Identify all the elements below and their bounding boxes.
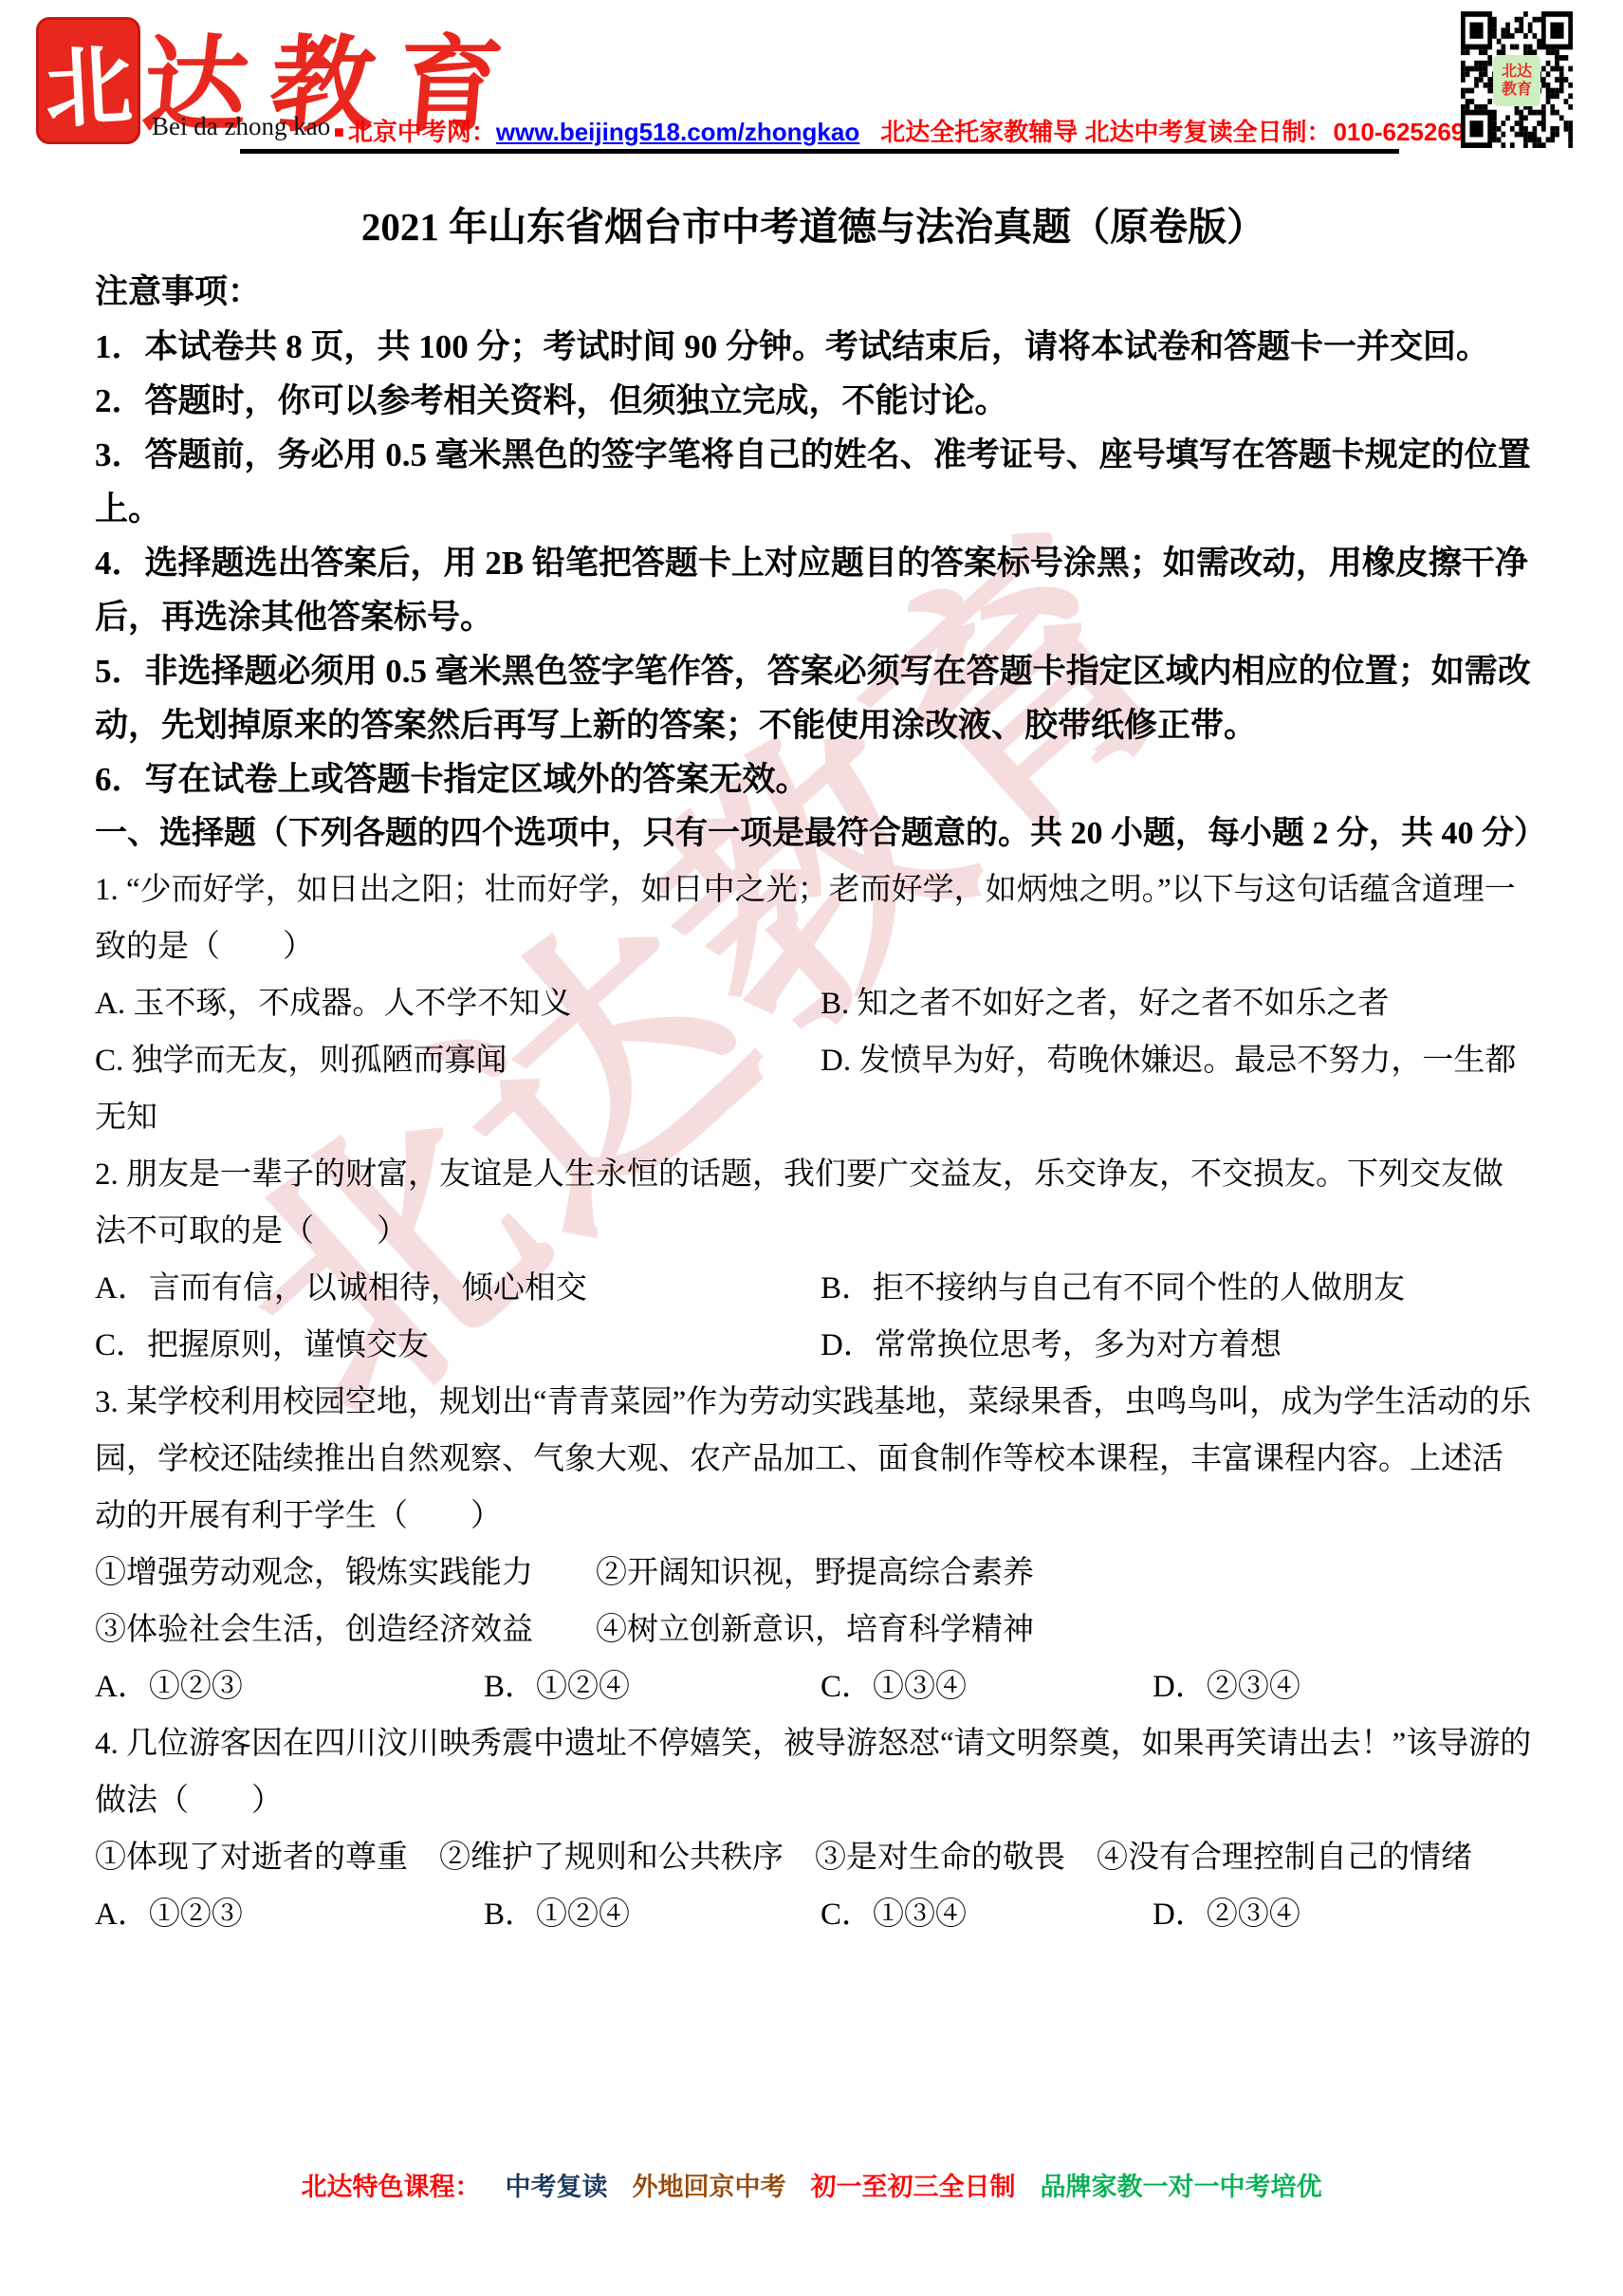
option-line: A．①②③B．①②④C．①③④D．②③④ bbox=[95, 1658, 1532, 1715]
footer-segment-2: 中考复读 bbox=[506, 2173, 608, 2201]
footer-segment-4: 初一至初三全日制 bbox=[811, 2173, 1016, 2201]
option-C: C．①③④ bbox=[821, 1658, 967, 1715]
site-label: 北京中考网： bbox=[348, 118, 496, 146]
option-line: ③体验社会生活，创造经济效益 ④树立创新意识，培育科学精神 bbox=[95, 1602, 1532, 1658]
option-C: C．把握原则，谨慎交友 bbox=[95, 1317, 429, 1374]
section-heading: 一、选择题（下列各题的四个选项中，只有一项是最符合题意的。共 20 小题，每小题… bbox=[95, 806, 1532, 861]
option-line: C．把握原则，谨慎交友D．常常换位思考，多为对方着想 bbox=[95, 1317, 1532, 1374]
option-line: 无知 bbox=[95, 1089, 1532, 1146]
option-line-text: 无知 bbox=[95, 1089, 157, 1146]
questions: 1. “少而好学，如日出之阳；壮而好学，如日中之光；老而好学，如炳烛之明。”以下… bbox=[95, 861, 1532, 1943]
footer-course-list: 北达特色课程：中考复读外地回京中考初一至初三全日制品牌家教一对一中考培优 bbox=[289, 2173, 1335, 2201]
option-A: A．①②③ bbox=[95, 1886, 243, 1943]
option-B: B．①②④ bbox=[484, 1886, 630, 1943]
option-line: A．言而有信，以诚相待，倾心相交B．拒不接纳与自己有不同个性的人做朋友 bbox=[95, 1260, 1532, 1317]
notice-item-5: 5．非选择题必须用 0.5 毫米黑色签字笔作答，答案必须写在答题卡指定区域内相应… bbox=[95, 644, 1532, 752]
option-line: A．①②③B．①②④C．①③④D．②③④ bbox=[95, 1886, 1532, 1943]
option-D: D．②③④ bbox=[1153, 1658, 1300, 1715]
qr-center-line2: 教育 bbox=[1502, 81, 1532, 99]
beida-logo-subtext: Bei da zhong kao bbox=[152, 112, 330, 141]
option-B: B. 知之者不如好之者，好之者不如乐之者 bbox=[821, 975, 1390, 1032]
site-url-link[interactable]: www.beijing518.com/zhongkao bbox=[496, 118, 859, 146]
notice-list: 1．本试卷共 8 页，共 100 分；考试时间 90 分钟。考试结束后，请将本试… bbox=[95, 320, 1532, 806]
option-line: C. 独学而无友，则孤陋而寡闻D. 发愤早为好，苟晚休嫌迟。最忌不努力，一生都 bbox=[95, 1032, 1532, 1089]
option-D: D．常常换位思考，多为对方着想 bbox=[821, 1317, 1282, 1374]
header-divider bbox=[240, 149, 1399, 154]
exam-document-page: 北 达教育 Bei da zhong kao ■北京中考网：www.beijin… bbox=[0, 0, 1623, 2296]
footer-segment-3: 外地回京中考 bbox=[633, 2173, 786, 2201]
qr-center-line1: 北达 bbox=[1502, 63, 1532, 81]
question-4-stem: 4. 几位游客因在四川汶川映秀震中遗址不停嬉笑，被导游怒怼“请文明祭奠，如果再笑… bbox=[95, 1715, 1532, 1829]
option-line-text: ①增强劳动观念，锻炼实践能力 ②开阔知识视，野提高综合素养 bbox=[95, 1545, 1034, 1602]
notice-heading: 注意事项： bbox=[95, 265, 1532, 320]
question-4: 4. 几位游客因在四川汶川映秀震中遗址不停嬉笑，被导游怒怼“请文明祭奠，如果再笑… bbox=[95, 1715, 1532, 1943]
option-line: A. 玉不琢，不成器。人不学不知义B. 知之者不如好之者，好之者不如乐之者 bbox=[95, 975, 1532, 1032]
notice-item-2: 2．答题时，你可以参考相关资料，但须独立完成，不能讨论。 bbox=[95, 374, 1532, 428]
beida-logo-seal: 北 bbox=[36, 17, 140, 144]
services-text: 北达全托家教辅导 北达中考复读全日制： bbox=[880, 118, 1331, 146]
option-line-text: ①体现了对逝者的尊重 ②维护了规则和公共秩序 ③是对生命的敬畏 ④没有合理控制自… bbox=[95, 1829, 1472, 1886]
footer-courses: 北达特色课程：中考复读外地回京中考初一至初三全日制品牌家教一对一中考培优 bbox=[0, 2166, 1623, 2203]
question-1-stem: 1. “少而好学，如日出之阳；壮而好学，如日中之光；老而好学，如炳烛之明。”以下… bbox=[95, 861, 1532, 975]
question-2: 2. 朋友是一辈子的财富，友谊是人生永恒的话题，我们要广交益友，乐交诤友，不交损… bbox=[95, 1146, 1532, 1374]
option-C: C. 独学而无友，则孤陋而寡闻 bbox=[95, 1032, 507, 1089]
option-D: D．②③④ bbox=[1153, 1886, 1300, 1943]
qr-center-logo: 北达 教育 bbox=[1493, 55, 1540, 106]
option-C: C．①③④ bbox=[821, 1886, 967, 1943]
option-A: A．①②③ bbox=[95, 1658, 243, 1715]
question-3-stem: 3. 某学校利用校园空地，规划出“青青菜园”作为劳动实践基地，菜绿果香，虫鸣鸟叫… bbox=[95, 1374, 1532, 1545]
option-line-text: ③体验社会生活，创造经济效益 ④树立创新意识，培育科学精神 bbox=[95, 1602, 1034, 1658]
footer-segment-5: 品牌家教一对一中考培优 bbox=[1041, 2173, 1322, 2201]
question-1: 1. “少而好学，如日出之阳；壮而好学，如日中之光；老而好学，如炳烛之明。”以下… bbox=[95, 861, 1532, 1146]
option-line: ①体现了对逝者的尊重 ②维护了规则和公共秩序 ③是对生命的敬畏 ④没有合理控制自… bbox=[95, 1829, 1532, 1886]
footer-segment-1: 北达特色课程： bbox=[302, 2173, 481, 2201]
notice-item-1: 1．本试卷共 8 页，共 100 分；考试时间 90 分钟。考试结束后，请将本试… bbox=[95, 320, 1532, 374]
document-body: 2021 年山东省烟台市中考道德与法治真题（原卷版） 注意事项： 1．本试卷共 … bbox=[95, 161, 1532, 1943]
header-contact-line: ■北京中考网：www.beijing518.com/zhongkao北达全托家教… bbox=[334, 113, 1492, 148]
seal-character: 北 bbox=[42, 16, 136, 146]
option-A: A．言而有信，以诚相待，倾心相交 bbox=[95, 1260, 587, 1317]
option-B: B．拒不接纳与自己有不同个性的人做朋友 bbox=[821, 1260, 1405, 1317]
red-square-bullet-icon: ■ bbox=[334, 122, 344, 141]
option-line: ①增强劳动观念，锻炼实践能力 ②开阔知识视，野提高综合素养 bbox=[95, 1545, 1532, 1602]
notice-item-4: 4．选择题选出答案后，用 2B 铅笔把答题卡上对应题目的答案标号涂黑；如需改动，… bbox=[95, 536, 1532, 644]
question-2-stem: 2. 朋友是一辈子的财富，友谊是人生永恒的话题，我们要广交益友，乐交诤友，不交损… bbox=[95, 1146, 1532, 1260]
notice-item-3: 3．答题前，务必用 0.5 毫米黑色的签字笔将自己的姓名、准考证号、座号填写在答… bbox=[95, 428, 1532, 536]
qr-code: 北达 教育 bbox=[1461, 11, 1573, 148]
option-B: B．①②④ bbox=[484, 1658, 630, 1715]
page-header: 北 达教育 Bei da zhong kao ■北京中考网：www.beijin… bbox=[0, 0, 1623, 161]
option-A: A. 玉不琢，不成器。人不学不知义 bbox=[95, 975, 571, 1032]
option-D: D. 发愤早为好，苟晚休嫌迟。最忌不努力，一生都 bbox=[821, 1032, 1516, 1089]
question-3: 3. 某学校利用校园空地，规划出“青青菜园”作为劳动实践基地，菜绿果香，虫鸣鸟叫… bbox=[95, 1374, 1532, 1715]
notice-item-6: 6．写在试卷上或答题卡指定区域外的答案无效。 bbox=[95, 752, 1532, 806]
page-title: 2021 年山东省烟台市中考道德与法治真题（原卷版） bbox=[95, 195, 1532, 251]
